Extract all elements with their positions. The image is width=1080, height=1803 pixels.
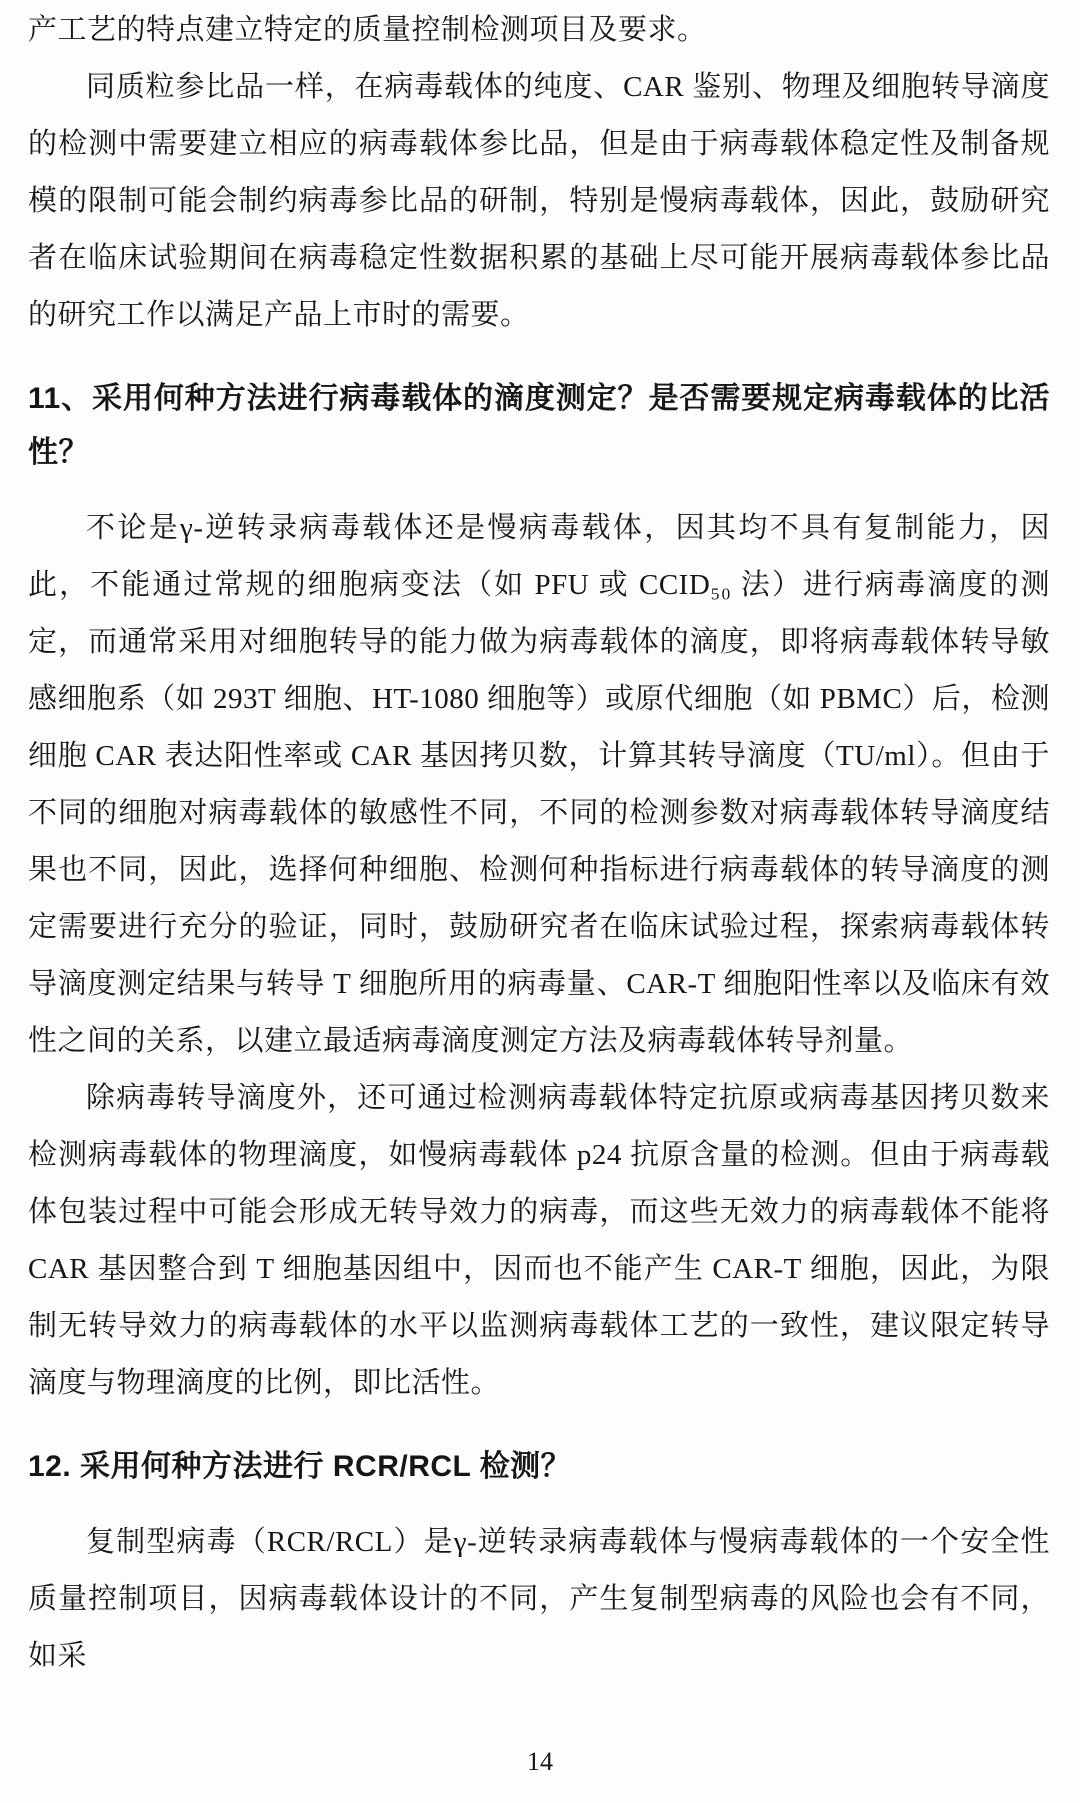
paragraph-reference-materials: 同质粒参比品一样，在病毒载体的纯度、CAR 鉴别、物理及细胞转导滴度的检测中需要… — [28, 59, 1050, 344]
paragraph-physical-titer: 除病毒转导滴度外，还可通过检测病毒载体特定抗原或病毒基因拷贝数来检测病毒载体的物… — [28, 1070, 1050, 1412]
paragraph-titer-determination: 不论是γ-逆转录病毒载体还是慢病毒载体，因其均不具有复制能力，因此，不能通过常规… — [28, 500, 1050, 1070]
section-heading-11: 11、采用何种方法进行病毒载体的滴度测定？是否需要规定病毒载体的比活性？ — [28, 372, 1050, 480]
document-page: 产工艺的特点建立特定的质量控制检测项目及要求。 同质粒参比品一样，在病毒载体的纯… — [0, 0, 1080, 1685]
paragraph-rcr-rcl: 复制型病毒（RCR/RCL）是γ-逆转录病毒载体与慢病毒载体的一个安全性质量控制… — [28, 1514, 1050, 1685]
paragraph-continuation: 产工艺的特点建立特定的质量控制检测项目及要求。 — [28, 2, 1050, 59]
page-number: 14 — [0, 1747, 1080, 1777]
section-heading-12: 12. 采用何种方法进行 RCR/RCL 检测？ — [28, 1440, 1050, 1494]
